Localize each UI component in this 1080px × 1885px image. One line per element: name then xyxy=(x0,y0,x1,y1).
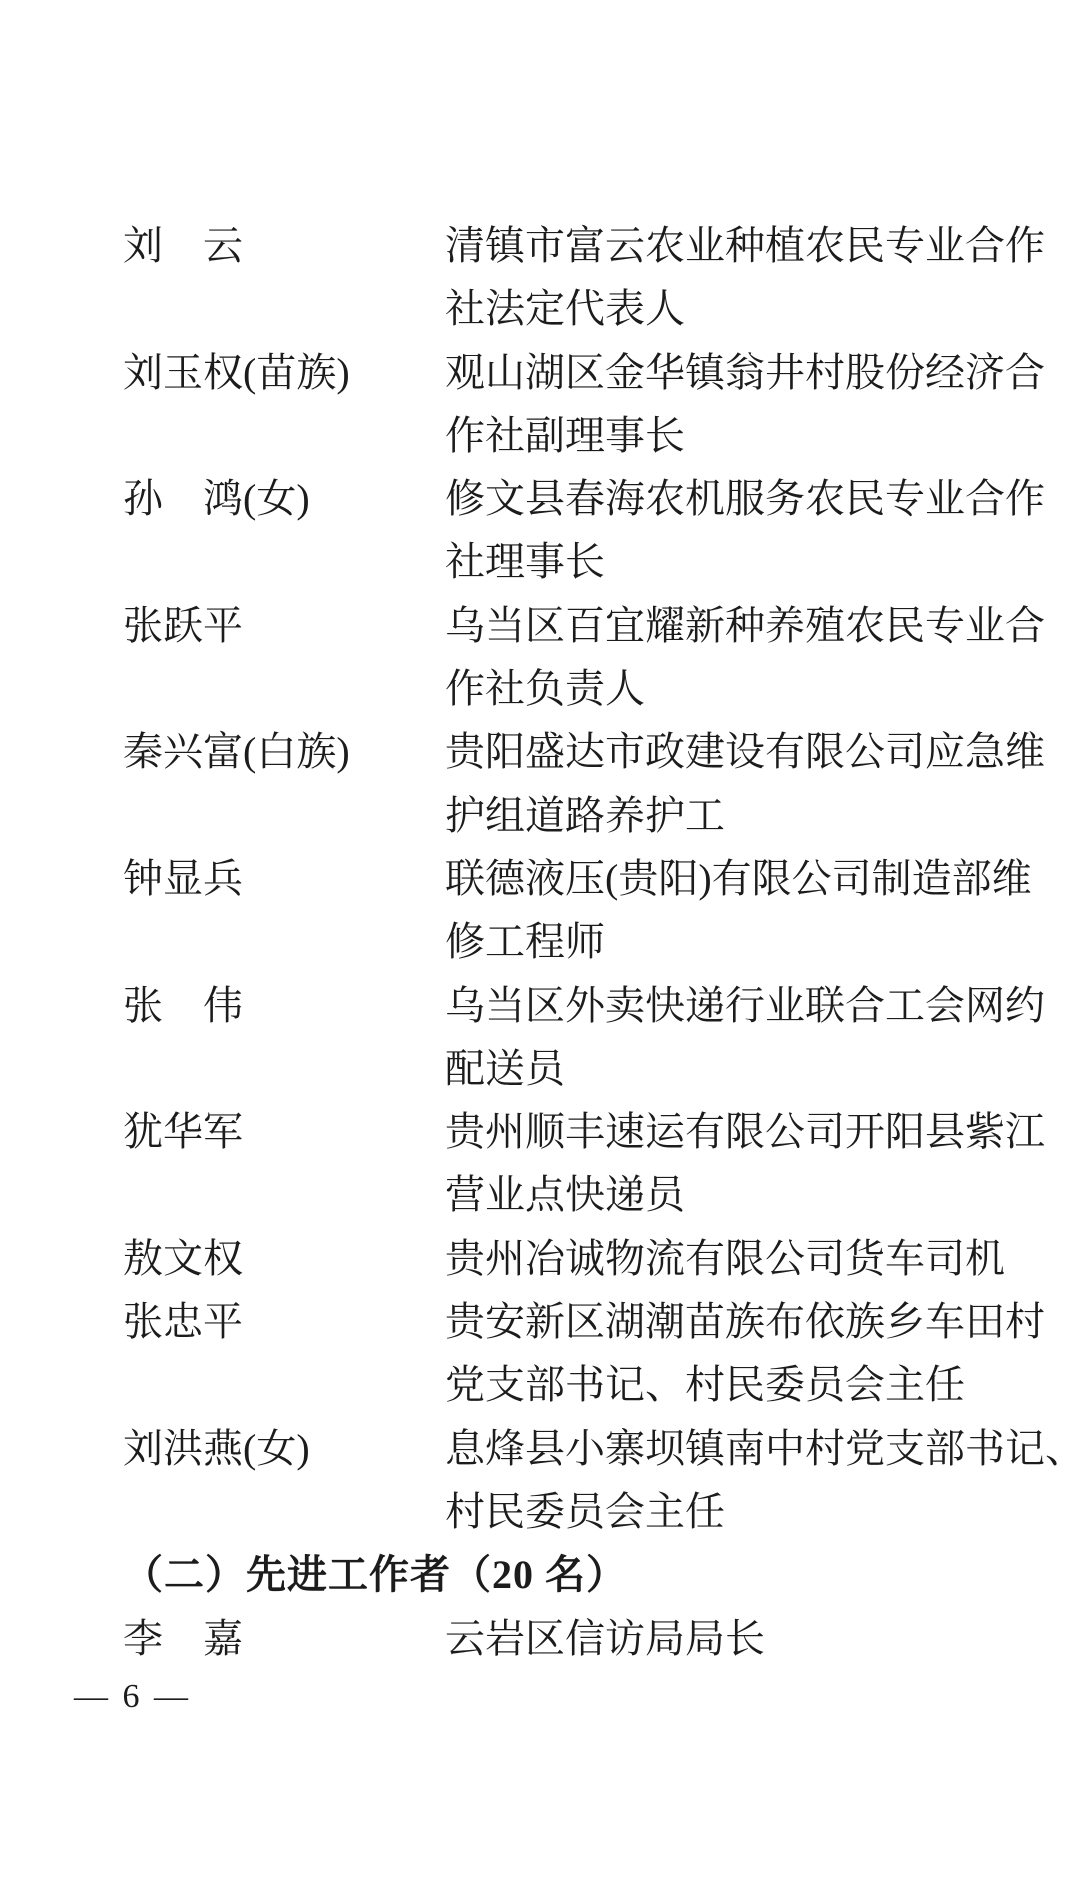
person-title-line: 作社副理事长 xyxy=(445,404,1053,467)
roster-entry: 刘玉权(苗族)观山湖区金华镇翁井村股份经济合作社副理事长 xyxy=(123,341,1053,468)
person-title-line: 作社负责人 xyxy=(445,657,1053,720)
person-title: 乌当区外卖快递行业联合工会网约配送员 xyxy=(445,974,1053,1101)
person-title-line: 村民委员会主任 xyxy=(445,1480,1080,1543)
roster-entry: 张跃平乌当区百宜耀新种养殖农民专业合作社负责人 xyxy=(123,594,1053,721)
person-title-line: 贵州顺丰速运有限公司开阳县紫江 xyxy=(445,1100,1053,1163)
section-heading: （二）先进工作者（20 名） xyxy=(123,1543,627,1606)
person-title-line: 联德液压(贵阳)有限公司制造部维 xyxy=(445,847,1053,910)
person-title-line: 清镇市富云农业种植农民专业合作 xyxy=(445,214,1053,277)
roster-entry: 张 伟乌当区外卖快递行业联合工会网约配送员 xyxy=(123,974,1053,1101)
person-name: 刘洪燕(女) xyxy=(123,1417,445,1480)
person-title: 清镇市富云农业种植农民专业合作社法定代表人 xyxy=(445,214,1053,341)
person-name: 秦兴富(白族) xyxy=(123,720,445,783)
person-title: 贵安新区湖潮苗族布依族乡车田村党支部书记、村民委员会主任 xyxy=(445,1290,1053,1417)
roster-entry: 张忠平贵安新区湖潮苗族布依族乡车田村党支部书记、村民委员会主任 xyxy=(123,1290,1053,1417)
person-name: 李 嘉 xyxy=(123,1607,445,1670)
person-title-line: 护组道路养护工 xyxy=(445,784,1053,847)
person-name: 张 伟 xyxy=(123,974,445,1037)
person-title-line: 党支部书记、村民委员会主任 xyxy=(445,1353,1053,1416)
person-title-line: 观山湖区金华镇翁井村股份经济合 xyxy=(445,341,1053,404)
roster-entry: 孙 鸿(女)修文县春海农机服务农民专业合作社理事长 xyxy=(123,467,1053,594)
roster-entry: 刘 云清镇市富云农业种植农民专业合作社法定代表人 xyxy=(123,214,1053,341)
roster-entry: 刘洪燕(女)息烽县小寨坝镇南中村党支部书记、村民委员会主任 xyxy=(123,1417,1053,1544)
person-title: 乌当区百宜耀新种养殖农民专业合作社负责人 xyxy=(445,594,1053,721)
person-title-line: 营业点快递员 xyxy=(445,1163,1053,1226)
person-title-line: 社理事长 xyxy=(445,530,1053,593)
person-title-line: 贵州冶诚物流有限公司货车司机 xyxy=(445,1227,1053,1290)
roster-list-advanced-workers: 李 嘉云岩区信访局局长 xyxy=(123,1607,1053,1670)
person-title-line: 贵安新区湖潮苗族布依族乡车田村 xyxy=(445,1290,1053,1353)
roster-entry: 钟显兵联德液压(贵阳)有限公司制造部维修工程师 xyxy=(123,847,1053,974)
person-title: 贵阳盛达市政建设有限公司应急维护组道路养护工 xyxy=(445,720,1053,847)
person-title-line: 修工程师 xyxy=(445,910,1053,973)
roster-entry: 李 嘉云岩区信访局局长 xyxy=(123,1607,1053,1670)
person-title-line: 社法定代表人 xyxy=(445,277,1053,340)
person-title: 联德液压(贵阳)有限公司制造部维修工程师 xyxy=(445,847,1053,974)
person-title: 贵州冶诚物流有限公司货车司机 xyxy=(445,1227,1053,1290)
person-name: 钟显兵 xyxy=(123,847,445,910)
person-title-line: 贵阳盛达市政建设有限公司应急维 xyxy=(445,720,1053,783)
person-title: 息烽县小寨坝镇南中村党支部书记、村民委员会主任 xyxy=(445,1417,1080,1544)
roster-entry: 犹华军贵州顺丰速运有限公司开阳县紫江营业点快递员 xyxy=(123,1100,1053,1227)
roster-content: 刘 云清镇市富云农业种植农民专业合作社法定代表人刘玉权(苗族)观山湖区金华镇翁井… xyxy=(123,214,1053,1670)
person-name: 孙 鸿(女) xyxy=(123,467,445,530)
section-heading-row: （二）先进工作者（20 名） xyxy=(123,1543,1053,1606)
person-title: 观山湖区金华镇翁井村股份经济合作社副理事长 xyxy=(445,341,1053,468)
roster-entry: 敖文权贵州冶诚物流有限公司货车司机 xyxy=(123,1227,1053,1290)
person-name: 敖文权 xyxy=(123,1227,445,1290)
person-name: 刘玉权(苗族) xyxy=(123,341,445,404)
document-page: 刘 云清镇市富云农业种植农民专业合作社法定代表人刘玉权(苗族)观山湖区金华镇翁井… xyxy=(0,0,1080,1885)
person-title: 贵州顺丰速运有限公司开阳县紫江营业点快递员 xyxy=(445,1100,1053,1227)
roster-entry: 秦兴富(白族)贵阳盛达市政建设有限公司应急维护组道路养护工 xyxy=(123,720,1053,847)
page-number: — 6 — xyxy=(74,1678,191,1716)
person-name: 犹华军 xyxy=(123,1100,445,1163)
person-title: 修文县春海农机服务农民专业合作社理事长 xyxy=(445,467,1053,594)
person-title-line: 息烽县小寨坝镇南中村党支部书记、 xyxy=(445,1417,1080,1480)
person-name: 张跃平 xyxy=(123,594,445,657)
person-title-line: 云岩区信访局局长 xyxy=(445,1607,1053,1670)
person-title-line: 乌当区外卖快递行业联合工会网约 xyxy=(445,974,1053,1037)
person-title: 云岩区信访局局长 xyxy=(445,1607,1053,1670)
person-title-line: 修文县春海农机服务农民专业合作 xyxy=(445,467,1053,530)
person-title-line: 配送员 xyxy=(445,1037,1053,1100)
person-title-line: 乌当区百宜耀新种养殖农民专业合 xyxy=(445,594,1053,657)
person-name: 张忠平 xyxy=(123,1290,445,1353)
roster-list-model-workers: 刘 云清镇市富云农业种植农民专业合作社法定代表人刘玉权(苗族)观山湖区金华镇翁井… xyxy=(123,214,1053,1543)
person-name: 刘 云 xyxy=(123,214,445,277)
